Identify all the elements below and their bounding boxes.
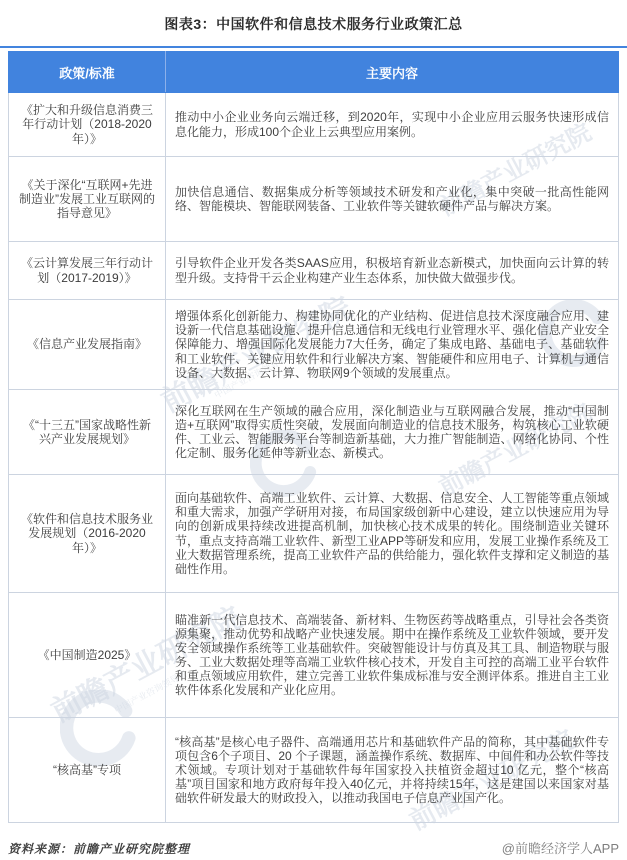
table-row: 《“十三五”国家战略性新兴产业发展规划》 深化互联网在生产领域的融合应用，深化制… xyxy=(9,390,619,475)
table-header: 政策/标准 主要内容 xyxy=(9,52,619,93)
table-row: 《信息产业发展指南》 增强体系化创新能力、构建协同优化的产业结构、促进信息技术深… xyxy=(9,300,619,390)
policy-content-cell: 引导软件企业开发各类SAAS应用，积极培育新业态新模式，加快面向云计算的转型升级… xyxy=(166,242,619,300)
policy-content-cell: 增强体系化创新能力、构建协同优化的产业结构、促进信息技术深度融合应用、建设新一代… xyxy=(166,300,619,390)
table-row: 《软件和信息技术服务业发展规划（2016-2020年）》 面向基础软件、高端工业… xyxy=(9,475,619,593)
policy-table: 政策/标准 主要内容 《扩大和升级信息消费三年行动计划（2018-2020年）》… xyxy=(8,51,619,823)
policy-content-cell: 瞄准新一代信息技术、高端装备、新材料、生物医药等战略重点，引导社会各类资源集聚，… xyxy=(166,593,619,718)
table-row: 《云计算发展三年行动计划（2017-2019）》 引导软件企业开发各类SAAS应… xyxy=(9,242,619,300)
page-title: 图表3：中国软件和信息技术服务行业政策汇总 xyxy=(0,0,627,34)
policy-content-cell: 推动中小企业业务向云端迁移，到2020年，实现中小企业应用云服务快速形成信息化能… xyxy=(166,93,619,157)
column-header-content: 主要内容 xyxy=(166,52,619,93)
title-divider xyxy=(0,46,627,48)
report-page: 图表3：中国软件和信息技术服务行业政策汇总 政策/标准 主要内容 《扩大和升级信… xyxy=(0,0,627,860)
table-row: 《关于深化“互联网+先进制造业”发展工业互联网的指导意见》 加快信息通信、数据集… xyxy=(9,157,619,242)
policy-name-cell: 《关于深化“互联网+先进制造业”发展工业互联网的指导意见》 xyxy=(9,157,166,242)
policy-table-body: 《扩大和升级信息消费三年行动计划（2018-2020年）》 推动中小企业业务向云… xyxy=(9,93,619,823)
column-header-policy: 政策/标准 xyxy=(9,52,166,93)
table-row: 《中国制造2025》 瞄准新一代信息技术、高端装备、新材料、生物医药等战略重点，… xyxy=(9,593,619,718)
table-row: 《扩大和升级信息消费三年行动计划（2018-2020年）》 推动中小企业业务向云… xyxy=(9,93,619,157)
policy-name-cell: 《软件和信息技术服务业发展规划（2016-2020年）》 xyxy=(9,475,166,593)
footer: 资料来源：前瞻产业研究院整理 @前瞻经济学人APP xyxy=(8,838,619,857)
table-row: “核高基”专项 “核高基”是核心电子器件、高端通用芯片和基础软件产品的简称，其中… xyxy=(9,718,619,823)
policy-name-cell: 《中国制造2025》 xyxy=(9,593,166,718)
policy-name-cell: “核高基”专项 xyxy=(9,718,166,823)
data-source-note: 资料来源：前瞻产业研究院整理 xyxy=(8,840,190,857)
policy-name-cell: 《“十三五”国家战略性新兴产业发展规划》 xyxy=(9,390,166,475)
policy-content-cell: 深化互联网在生产领域的融合应用，深化制造业与互联网融合发展，推动“中国制造+互联… xyxy=(166,390,619,475)
brand-credit: @前瞻经济学人APP xyxy=(502,838,619,857)
policy-content-cell: 面向基础软件、高端工业软件、云计算、大数据、信息安全、人工智能等重点领域和重大需… xyxy=(166,475,619,593)
policy-name-cell: 《信息产业发展指南》 xyxy=(9,300,166,390)
policy-content-cell: “核高基”是核心电子器件、高端通用芯片和基础软件产品的简称，其中基础软件专项包含… xyxy=(166,718,619,823)
policy-name-cell: 《扩大和升级信息消费三年行动计划（2018-2020年）》 xyxy=(9,93,166,157)
policy-name-cell: 《云计算发展三年行动计划（2017-2019）》 xyxy=(9,242,166,300)
policy-content-cell: 加快信息通信、数据集成分析等领域技术研发和产业化，集中突破一批高性能网络、智能模… xyxy=(166,157,619,242)
